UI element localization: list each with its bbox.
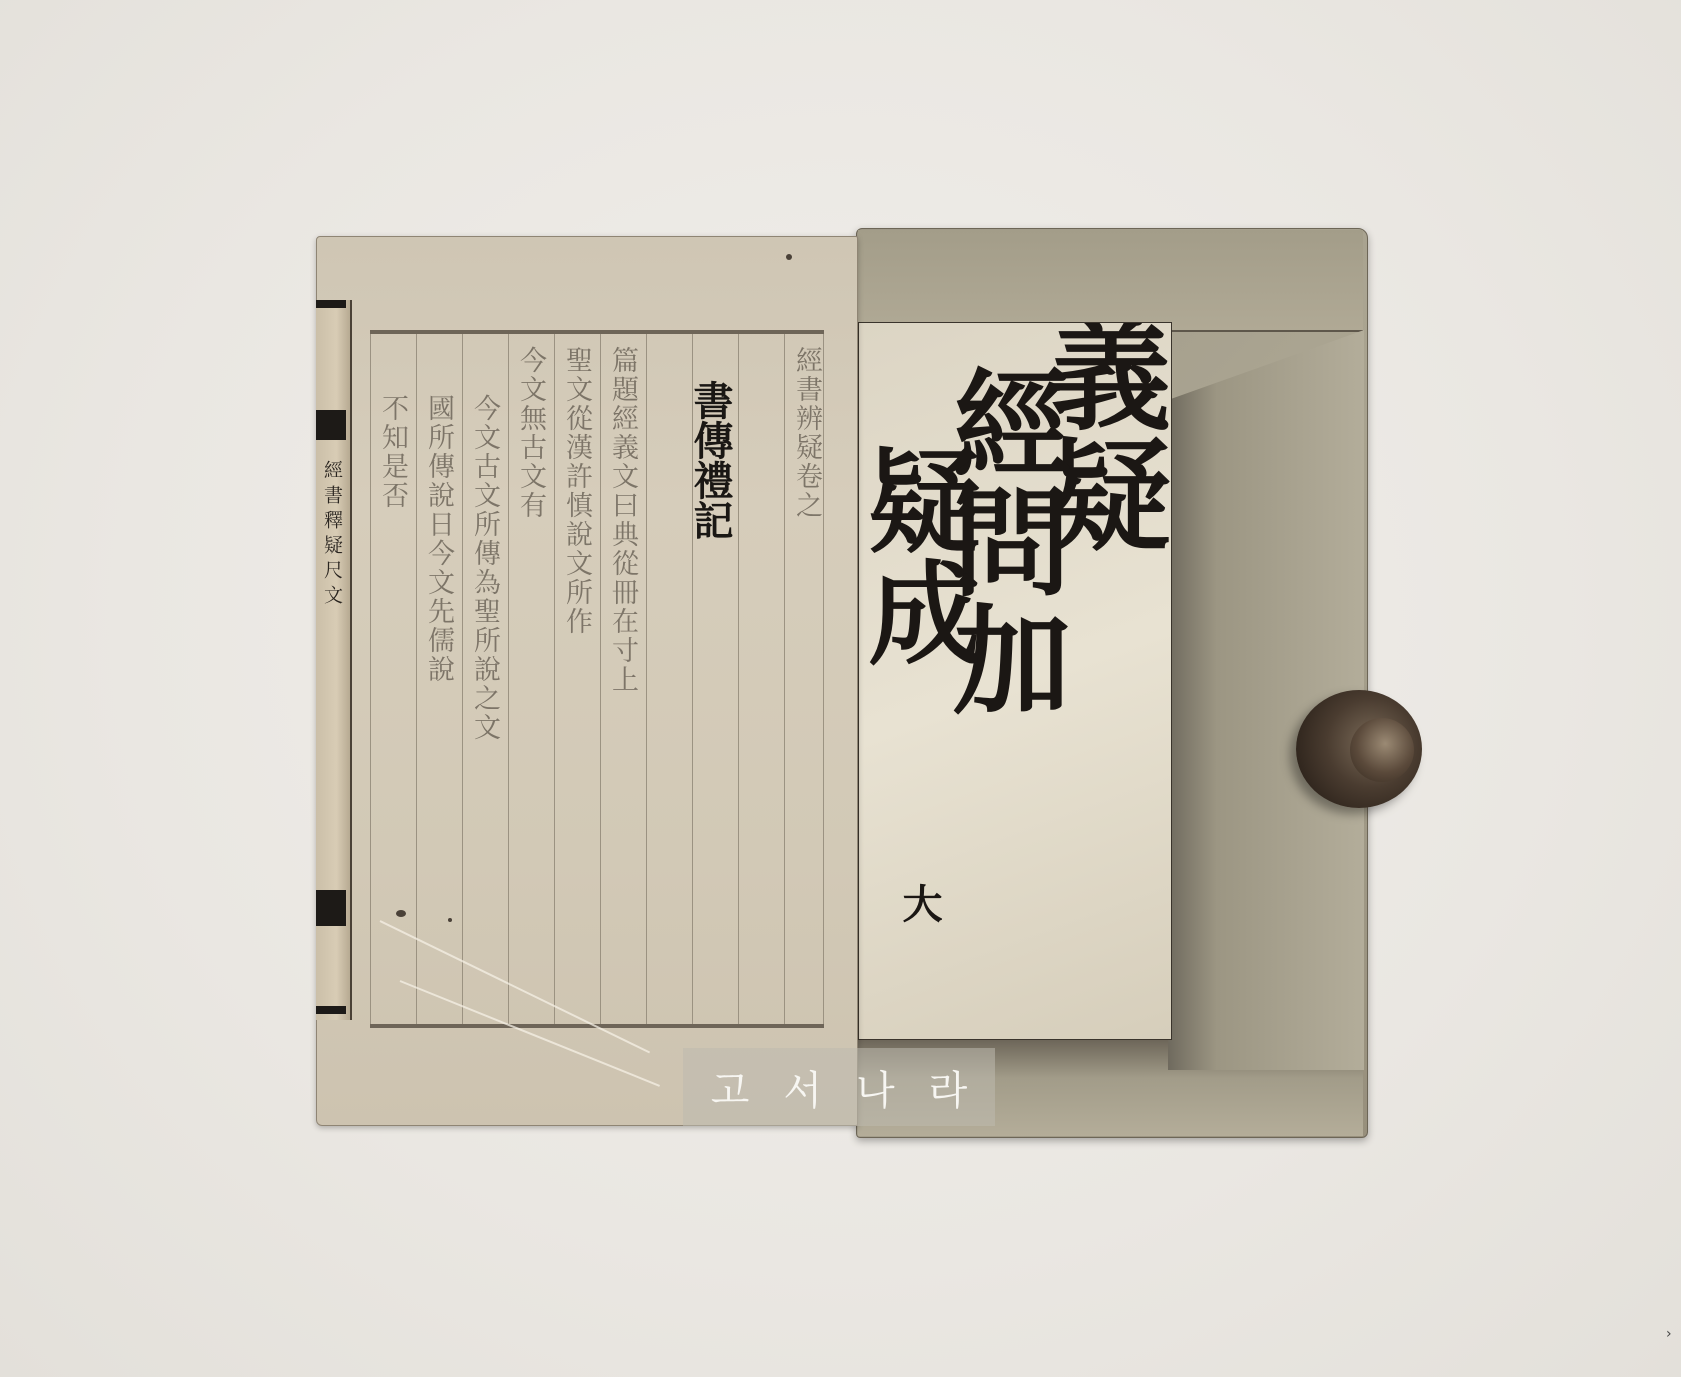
text-column: 聖文從漢許慎說文所作	[558, 346, 594, 636]
text-column: 今文古文所傳為聖所說之文	[466, 394, 502, 742]
ink-spot	[786, 254, 792, 260]
column-rule	[370, 334, 371, 1024]
column-rule	[784, 334, 785, 1024]
calligraphy-lining: 義疑 經問加 疑成 大	[858, 322, 1172, 1040]
text-column: 今文無古文有	[512, 346, 548, 520]
brush-stroke-group: 大	[897, 883, 941, 923]
column-rule	[462, 334, 463, 1024]
ink-spot	[448, 918, 452, 922]
text-column: 不知是否	[374, 394, 410, 510]
spine-title: 經書釋疑尺文	[322, 460, 346, 610]
annotation-col: 禮記	[687, 460, 734, 540]
brush-stroke-group: 疑成	[859, 443, 971, 667]
watermark-char: 나	[856, 1059, 895, 1116]
watermark-char: 서	[783, 1059, 822, 1116]
cover-flap-top	[858, 230, 1363, 332]
column-rule	[508, 334, 509, 1024]
spine-binding-band	[316, 410, 346, 440]
watermark: 고 서 나 라	[683, 1048, 995, 1126]
ink-spot	[396, 910, 406, 917]
column-rule	[416, 334, 417, 1024]
annotation-col: 書傳	[687, 380, 734, 460]
paperweight-knob	[1350, 718, 1414, 782]
next-arrow-icon[interactable]: ›	[1666, 1326, 1672, 1342]
spine-binding-band	[316, 1006, 346, 1014]
spine-binding-band	[316, 890, 346, 926]
print-frame: 經書辨疑卷之 篇題經義文曰典從冊在寸上 聖文從漢許慎說文所作 今文無古文有 今文…	[370, 330, 824, 1028]
text-column: 經書辨疑卷之	[788, 346, 824, 520]
column-rule	[600, 334, 601, 1024]
watermark-char: 라	[929, 1059, 968, 1116]
text-column: 國所傳說日今文先儒說	[420, 394, 456, 684]
column-rule	[554, 334, 555, 1024]
column-rule	[646, 334, 647, 1024]
book-spine	[316, 300, 352, 1020]
watermark-char: 고	[711, 1059, 750, 1116]
handwritten-annotation: 書傳禮記	[688, 380, 732, 540]
spine-binding-band	[316, 300, 346, 308]
column-rule	[738, 334, 739, 1024]
text-column: 篇題經義文曰典從冊在寸上	[604, 346, 640, 694]
